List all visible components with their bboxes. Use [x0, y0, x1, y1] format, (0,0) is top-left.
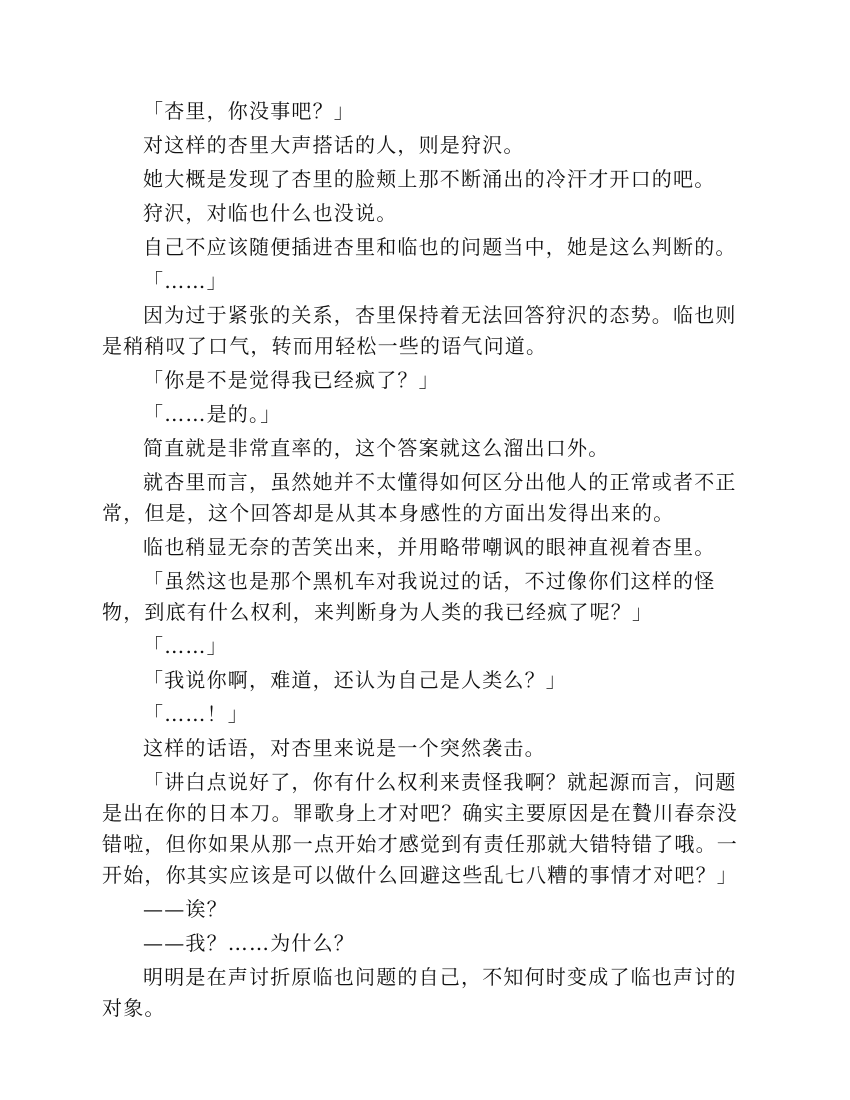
document-page: 「杏里，你没事吧？」 对这样的杏里大声搭话的人，则是狩沢。 她大概是发现了杏里的… [102, 96, 748, 1027]
paragraph: 这样的话语，对杏里来说是一个突然袭击。 [102, 733, 748, 764]
paragraph-dialogue: 「……」 [102, 631, 748, 662]
paragraph-dialogue: 「杏里，你没事吧？」 [102, 96, 748, 127]
paragraph: 明明是在声讨折原临也问题的自己，不知何时变成了临也声讨的对象。 [102, 962, 748, 1024]
paragraph-dialogue: 「你是不是觉得我已经疯了？」 [102, 365, 748, 396]
paragraph: 因为过于紧张的关系，杏里保持着无法回答狩沢的态势。临也则是稍稍叹了口气，转而用轻… [102, 300, 748, 362]
paragraph-thought: ——诶？ [102, 894, 748, 925]
paragraph: 狩沢，对临也什么也没说。 [102, 198, 748, 229]
paragraph: 就杏里而言，虽然她并不太懂得如何区分出他人的正常或者不正常，但是，这个回答却是从… [102, 467, 748, 529]
paragraph: 她大概是发现了杏里的脸颊上那不断涌出的冷汗才开口的吧。 [102, 164, 748, 195]
paragraph-dialogue: 「我说你啊，难道，还认为自己是人类么？」 [102, 665, 748, 696]
paragraph: 临也稍显无奈的苦笑出来，并用略带嘲讽的眼神直视着杏里。 [102, 532, 748, 563]
paragraph-dialogue: 「……是的。」 [102, 399, 748, 430]
paragraph: 自己不应该随便插进杏里和临也的问题当中，她是这么判断的。 [102, 232, 748, 263]
paragraph-thought: ——我？……为什么？ [102, 928, 748, 959]
paragraph-dialogue: 「……！」 [102, 699, 748, 730]
paragraph-dialogue: 「讲白点说好了，你有什么权利来责怪我啊？就起源而言，问题是出在你的日本刀。罪歌身… [102, 767, 748, 891]
paragraph-dialogue: 「虽然这也是那个黑机车对我说过的话，不过像你们这样的怪物，到底有什么权利，来判断… [102, 566, 748, 628]
paragraph: 简直就是非常直率的，这个答案就这么溜出口外。 [102, 433, 748, 464]
paragraph: 对这样的杏里大声搭话的人，则是狩沢。 [102, 130, 748, 161]
paragraph-dialogue: 「……」 [102, 266, 748, 297]
